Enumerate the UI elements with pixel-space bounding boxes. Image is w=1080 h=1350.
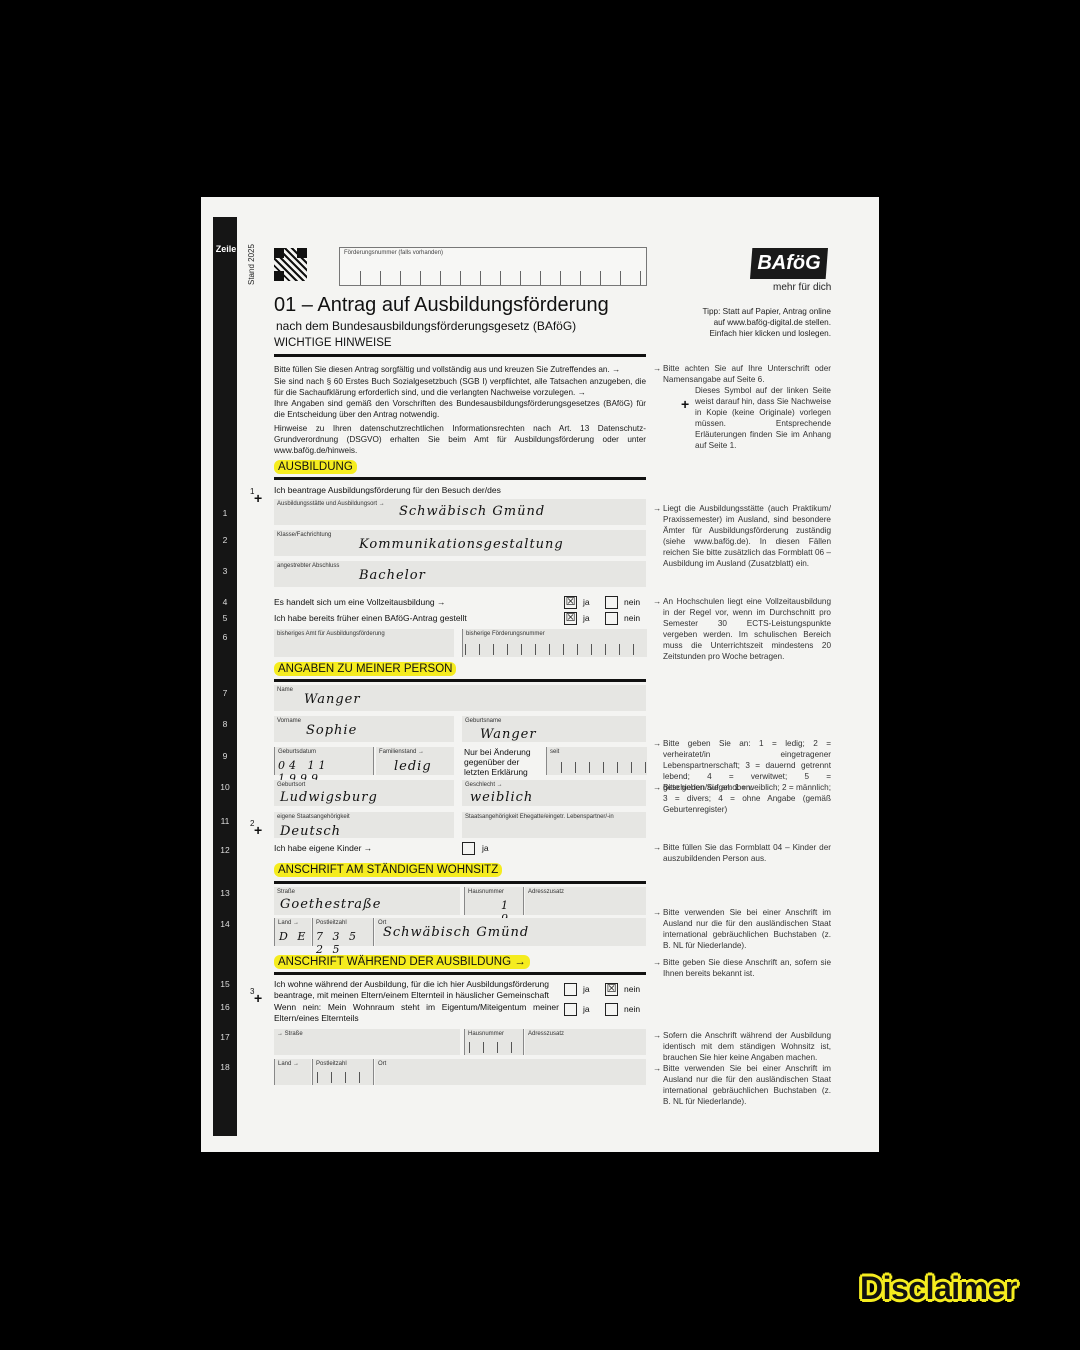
kinder-ja-checkbox[interactable] [462, 842, 475, 855]
foerderungsnummer-field[interactable]: Förderungsnummer (falls vorhanden) [339, 247, 647, 286]
line-number: 13 [213, 888, 237, 898]
eltern-question: Ich wohne während der Ausbildung, für di… [274, 979, 559, 1001]
plus-icon: + [254, 822, 262, 838]
ausb-ort-field[interactable]: Ort [375, 1059, 646, 1085]
form-page: Zeile 1 2 3 4 5 6 7 8 9 10 11 12 13 14 1… [201, 197, 879, 1152]
line-number: 18 [213, 1062, 237, 1072]
note-bekannt: →Bitte geben Sie diese Anschrift an, sof… [653, 958, 831, 980]
line-number: 16 [213, 1002, 237, 1012]
land-value: D E [279, 930, 308, 943]
line-number: 6 [213, 632, 237, 642]
intro-p1: Bitte füllen Sie diesen Antrag sorgfälti… [274, 364, 646, 375]
note-vollzeit: →An Hochschulen liegt eine Vollzeitausbi… [653, 597, 831, 662]
name-value: Wanger [304, 692, 361, 707]
line-number: 4 [213, 597, 237, 607]
frueher-question: Ich habe bereits früher einen BAföG-Antr… [274, 613, 467, 623]
ja-label: ja [482, 843, 489, 853]
line-number: 3 [213, 566, 237, 576]
ort-field[interactable]: Ort Schwäbisch Gmünd [375, 918, 646, 946]
line-number: 9 [213, 751, 237, 761]
geburtsort-value: Ludwigsburg [280, 790, 378, 805]
nein-label: nein [624, 613, 640, 623]
nein-label: nein [624, 597, 640, 607]
plus-icon: + [254, 490, 262, 506]
abschluss-field[interactable]: angestrebter Abschluss Bachelor [274, 561, 646, 587]
ja-label: ja [583, 597, 590, 607]
divider [274, 477, 646, 480]
line-number: 11 [213, 816, 237, 826]
line-number: 1 [213, 508, 237, 518]
note-ausland-anschrift: →Bitte verwenden Sie bei einer Anschrift… [653, 908, 831, 952]
plus-icon: + [681, 396, 689, 412]
line-number: 10 [213, 782, 237, 792]
note-kinder: →Bitte füllen Sie das Formblatt 04 – Kin… [653, 843, 831, 865]
eltern-nein-checkbox[interactable]: ☒ [605, 983, 618, 996]
hinweise-heading: WICHTIGE HINWEISE [274, 337, 392, 349]
page-subtitle: nach dem Bundesausbildungsförderungsgese… [276, 319, 576, 333]
line-number: 12 [213, 845, 237, 855]
intro-p4: Hinweise zu Ihren datenschutzrechtlichen… [274, 423, 646, 456]
abschluss-value: Bachelor [359, 568, 426, 583]
section-ausbildungsanschrift: ANSCHRIFT WÄHREND DER AUSBILDUNG → [274, 955, 530, 969]
ausb-land-field[interactable]: Land → [274, 1059, 311, 1085]
divider [274, 354, 646, 357]
ausb-hausnummer-field[interactable]: Hausnummer [464, 1029, 524, 1055]
logo-tagline: mehr für dich [773, 282, 831, 293]
intro-p3: Ihre Angaben sind gemäß den Vorschriften… [274, 398, 646, 420]
ja-label: ja [583, 613, 590, 623]
kinder-question: Ich habe eigene Kinder → [274, 843, 372, 853]
plz-field[interactable]: Postleitzahl 7 3 5 2 5 [312, 918, 374, 946]
strasse-value: Goethestraße [280, 897, 381, 912]
page-title: 01 – Antrag auf Ausbildungsförderung [274, 294, 609, 317]
disclaimer-badge: Disclaimer [860, 1270, 1017, 1307]
note-identisch: →Sofern die Anschrift während der Ausbil… [653, 1031, 831, 1064]
note-signature: →Bitte achten Sie auf Ihre Unterschrift … [653, 364, 831, 386]
geburtsname-field[interactable]: Geburtsname Wanger [462, 716, 646, 742]
familienstand-field[interactable]: Familienstand → ledig [376, 747, 454, 775]
fachrichtung-field[interactable]: Klasse/Fachrichtung Kommunikationsgestal… [274, 530, 646, 556]
intro-p2: Sie sind nach § 60 Erstes Buch Sozialges… [274, 376, 646, 398]
vollzeit-ja-checkbox[interactable]: ☒ [564, 596, 577, 609]
bisheriges-amt-field[interactable]: bisheriges Amt für Ausbildungsförderung [274, 629, 454, 657]
geburtsname-value: Wanger [480, 727, 537, 742]
ort-value: Schwäbisch Gmünd [383, 925, 529, 940]
land-field[interactable]: Land → D E [274, 918, 311, 946]
zeile-label: Zeile [214, 244, 238, 254]
fachrichtung-value: Kommunikationsgestaltung [359, 537, 564, 552]
qr-code-icon[interactable] [274, 248, 307, 281]
nein-label: nein [624, 984, 640, 994]
ausbildungsstaette-value: Schwäbisch Gmünd [399, 504, 545, 519]
geburtsort-field[interactable]: Geburtsort Ludwigsburg [274, 780, 454, 806]
line-number: 15 [213, 979, 237, 989]
plz-value: 7 3 5 2 5 [316, 930, 373, 956]
name-field[interactable]: Name Wanger [274, 685, 646, 711]
strasse-field[interactable]: Straße Goethestraße [274, 887, 460, 915]
line-number-strip [213, 217, 237, 1136]
familienstand-value: ledig [394, 759, 432, 774]
adresszusatz-field[interactable]: Adresszusatz [525, 887, 646, 915]
staatsangehoerigkeit-value: Deutsch [280, 824, 341, 839]
ja-label: ja [583, 984, 590, 994]
eltern-ja-checkbox[interactable] [564, 983, 577, 996]
eigentum-ja-checkbox[interactable] [564, 1003, 577, 1016]
nein-label: nein [624, 1004, 640, 1014]
divider [274, 881, 646, 884]
plus-icon: + [254, 990, 262, 1006]
vorname-field[interactable]: Vorname Sophie [274, 716, 454, 742]
stand-label: Stand 2025 [247, 244, 256, 285]
ausb-adresszusatz-field[interactable]: Adresszusatz [525, 1029, 646, 1055]
note-ausland-ausbildung: →Bitte verwenden Sie bei einer Anschrift… [653, 1064, 831, 1108]
note-copy-symbol: Dieses Symbol auf der linken Seite weist… [695, 386, 831, 451]
section-ausbildung: AUSBILDUNG [274, 460, 357, 474]
line-number: 17 [213, 1032, 237, 1042]
line-number: 2 [213, 535, 237, 545]
aenderung-note: Nur bei Änderung gegenüber der letzten E… [464, 747, 542, 777]
eigentum-question: Wenn nein: Mein Wohnraum steht im Eigent… [274, 1002, 559, 1024]
ausb-plz-field[interactable]: Postleitzahl [312, 1059, 374, 1085]
divider [274, 972, 646, 975]
line-number: 7 [213, 688, 237, 698]
line-number: 14 [213, 919, 237, 929]
ausb-strasse-field[interactable]: → Straße [274, 1029, 460, 1055]
vollzeit-nein-checkbox[interactable] [605, 596, 618, 609]
section-person: ANGABEN ZU MEINER PERSON [274, 662, 456, 676]
seit-field[interactable]: seit [546, 747, 647, 775]
line-number: 8 [213, 719, 237, 729]
section-wohnsitz: ANSCHRIFT AM STÄNDIGEN WOHNSITZ [274, 863, 502, 877]
vollzeit-question: Es handelt sich um eine Vollzeitausbildu… [274, 597, 446, 607]
geschlecht-field[interactable]: Geschlecht → weiblich [462, 780, 646, 806]
hausnummer-field[interactable]: Hausnummer 1 9 [464, 887, 524, 915]
frueher-nein-checkbox[interactable] [605, 612, 618, 625]
digit-ticks [360, 271, 646, 285]
ausbildungsstaette-field[interactable]: Ausbildungsstätte und Ausbildungsort → S… [274, 499, 646, 525]
tipp-text[interactable]: Tipp: Statt auf Papier, Antrag online au… [694, 306, 831, 339]
eigentum-nein-checkbox[interactable] [605, 1003, 618, 1016]
note-geschlecht: →Bitte geben Sie an: 1 = weiblich; 2 = m… [653, 783, 831, 816]
line-number: 5 [213, 613, 237, 623]
bafoeg-logo: BAföG [750, 248, 828, 279]
vorname-value: Sophie [306, 723, 357, 738]
note-ausland: →Liegt die Ausbildungsstätte (auch Prakt… [653, 504, 831, 569]
foerderungsnummer-label: Förderungsnummer (falls vorhanden) [344, 250, 443, 256]
bisherige-foerderungsnummer-field[interactable]: bisherige Förderungsnummer [462, 629, 647, 657]
ausbildung-intro: Ich beantrage Ausbildungsförderung für d… [274, 485, 501, 495]
ja-label: ja [583, 1004, 590, 1014]
frueher-ja-checkbox[interactable]: ☒ [564, 612, 577, 625]
geburtsdatum-field[interactable]: Geburtsdatum 04 11 1999 [274, 747, 374, 775]
staatsangehoerigkeit-field[interactable]: eigene Staatsangehörigkeit Deutsch [274, 812, 454, 838]
staatsangehoerigkeit-ehegatte-field[interactable]: Staatsangehörigkeit Ehegatte/eingetr. Le… [462, 812, 646, 838]
divider [274, 679, 646, 682]
geschlecht-value: weiblich [470, 790, 533, 805]
